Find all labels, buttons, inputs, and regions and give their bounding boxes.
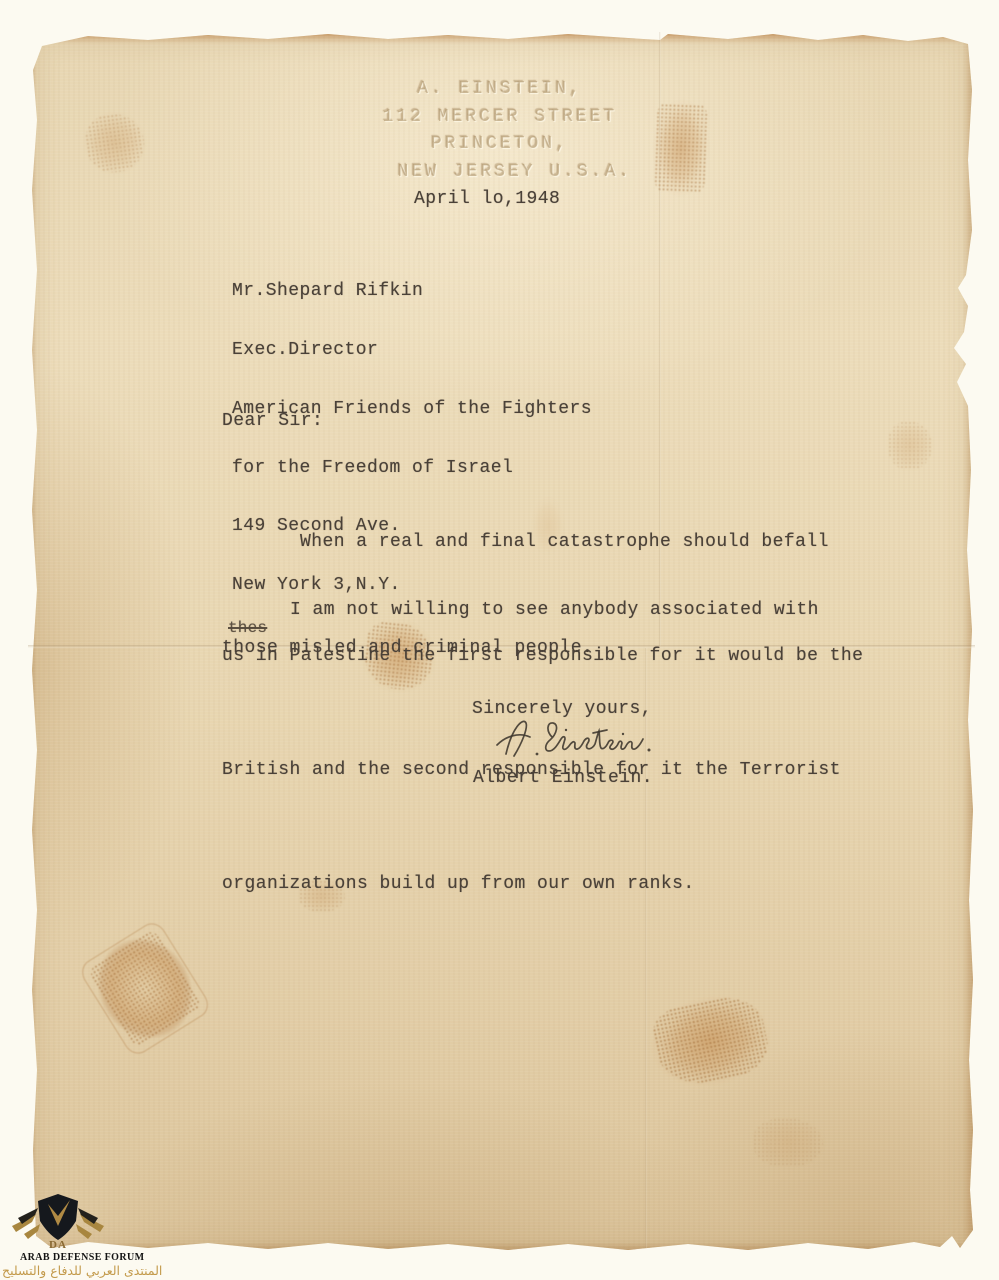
letterhead-name: A. EINSTEIN, [340,76,660,104]
watermark-title: ARAB DEFENSE FORUM [20,1252,180,1263]
letter-date: April lo,1948 [414,189,560,209]
paragraph1-line1: When a real and final catastrophe should… [222,523,902,561]
watermark-monogram: DA [49,1239,67,1250]
paragraph2-line2: those misled and criminal people. [222,638,593,658]
recipient-name: Mr.Shepard Rifkin [232,282,592,302]
scanned-letter-page: A. EINSTEIN, 112 MERCER STREET PRINCETON… [0,0,999,1280]
salutation: Dear Sir: [222,411,323,431]
handwritten-signature [492,712,660,766]
typed-signature-name: Albert Einstein. [473,768,653,788]
letterhead-city: PRINCETON, [340,131,660,159]
paragraph2-line1: I am not willing to see anybody associat… [222,600,819,620]
struck-out-word: thes [228,619,267,637]
letterhead-street: 112 MERCER STREET [340,104,660,132]
paper-toasted-left-edge [28,30,37,1252]
watermark-arabic-subtitle: المنتدى العربي للدفاع والتسليح [2,1263,167,1278]
watermark-emblem-icon: DA [2,1192,114,1250]
embossed-letterhead: A. EINSTEIN, 112 MERCER STREET PRINCETON… [340,76,660,186]
paragraph1-line4: organizations build up from our own rank… [222,865,902,903]
paper-toasted-right-edge [963,30,975,1252]
paper-toasted-top-edge [28,30,975,44]
watermark-logo: DA ARAB DEFENSE FORUM المنتدى العربي للد… [2,1192,182,1255]
letterhead-state: NEW JERSEY U.S.A. [370,159,660,187]
recipient-title: Exec.Director [232,341,592,361]
